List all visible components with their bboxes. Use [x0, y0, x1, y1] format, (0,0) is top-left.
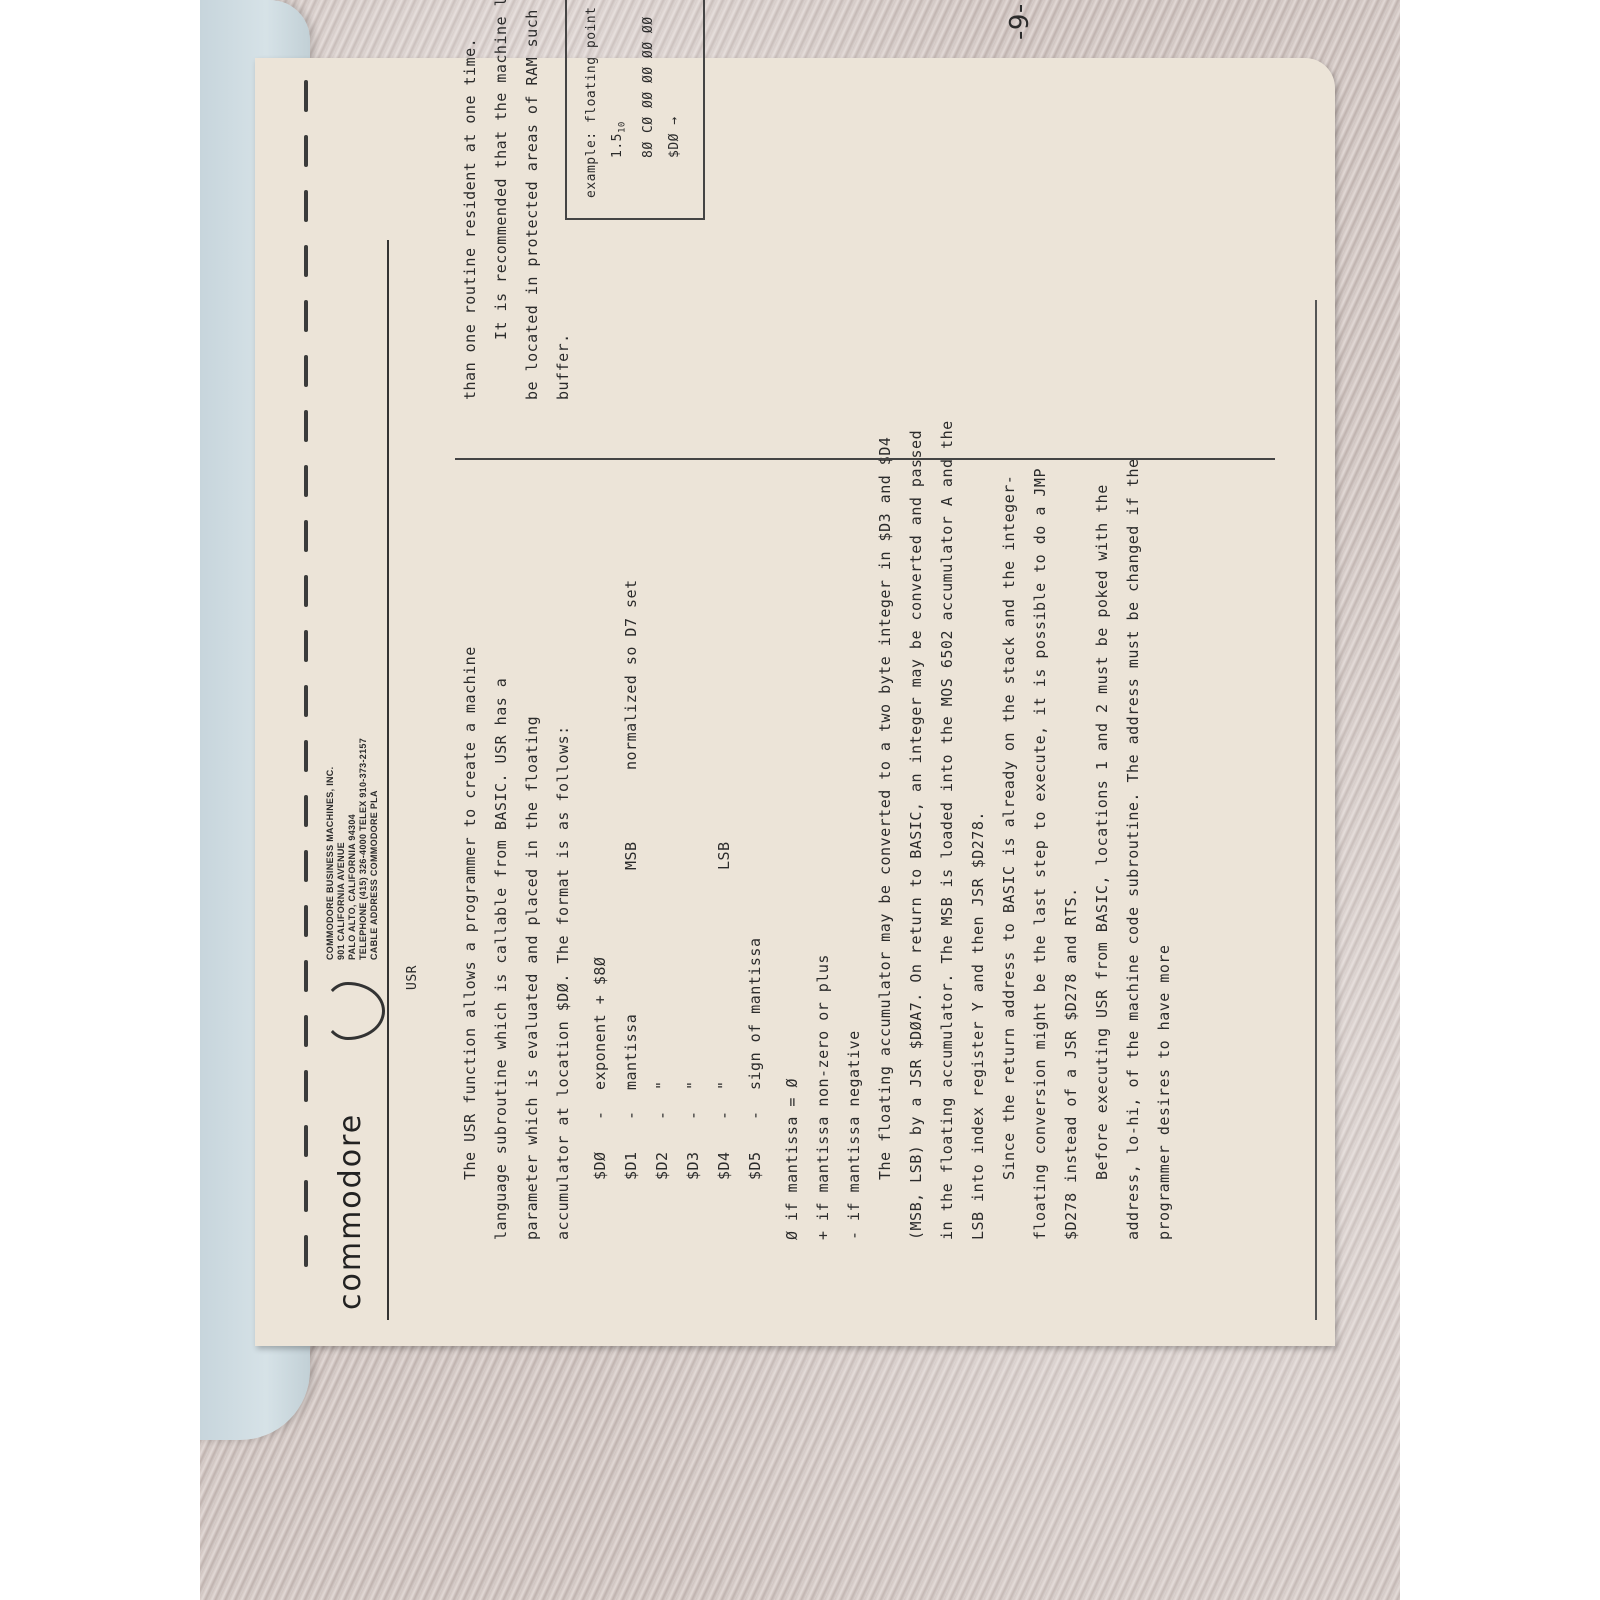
- section-title: USR: [405, 965, 420, 990]
- left-column: The USR function allows a programmer to …: [455, 420, 1180, 1240]
- example-start-label: $DØ →: [662, 0, 688, 158]
- example-bytes: 8Ø CØ ØØ ØØ ØØ ØØ: [636, 0, 662, 158]
- format-row: $D4-"LSB: [709, 420, 740, 1180]
- intro-line: parameter which is evaluated and placed …: [517, 420, 548, 1240]
- example-title: example: floating point representation: [579, 0, 605, 198]
- photo-background: commodore COMMODORE BUSINESS MACHINES, I…: [200, 0, 1400, 1600]
- commodore-wordmark: commodore: [333, 1113, 368, 1310]
- rotated-document-content: commodore COMMODORE BUSINESS MACHINES, I…: [305, 90, 1325, 1340]
- format-row: $D5-sign of mantissa: [740, 420, 771, 1180]
- continuation-line: than one routine resident at one time.: [455, 0, 486, 400]
- sign-rule: - if mantissa negative: [839, 420, 870, 1240]
- body-paragraph: The floating accumulator may be converte…: [870, 420, 994, 1240]
- sign-rule: Ø if mantissa = Ø: [777, 420, 808, 1240]
- format-row: $DØ-exponent + $8Ø: [585, 420, 616, 1180]
- body-paragraph: Before executing USR from BASIC, locatio…: [1087, 420, 1180, 1240]
- format-row: $D1-mantissaMSBnormalized so D7 set: [616, 420, 647, 1180]
- intro-line: The USR function allows a programmer to …: [455, 420, 486, 1240]
- example-box: example: floating point representation 1…: [565, 0, 705, 220]
- format-table: $DØ-exponent + $8Ø $D1-mantissaMSBnormal…: [585, 420, 771, 1180]
- footer-rule: [1315, 300, 1317, 1320]
- sign-rule: + if mantissa non-zero or plus: [808, 420, 839, 1240]
- body-paragraph: Since the return address to BASIC is alr…: [994, 420, 1087, 1240]
- format-row: $D2-": [647, 420, 678, 1180]
- commodore-logo-icon: [323, 982, 385, 1040]
- letterhead: commodore COMMODORE BUSINESS MACHINES, I…: [305, 90, 425, 1340]
- right-column: than one routine resident at one time. I…: [455, 0, 579, 400]
- header-rule: [387, 240, 389, 1320]
- company-address: COMMODORE BUSINESS MACHINES, INC. 901 CA…: [325, 738, 380, 960]
- format-row: $D3-": [678, 420, 709, 1180]
- example-value: 1.510: [605, 0, 636, 158]
- intro-line: language subroutine which is callable fr…: [486, 420, 517, 1240]
- intro-line: accumulator at location $DØ. The format …: [548, 420, 579, 1240]
- page-number: -9-: [1005, 3, 1035, 40]
- column-divider: [455, 458, 1275, 460]
